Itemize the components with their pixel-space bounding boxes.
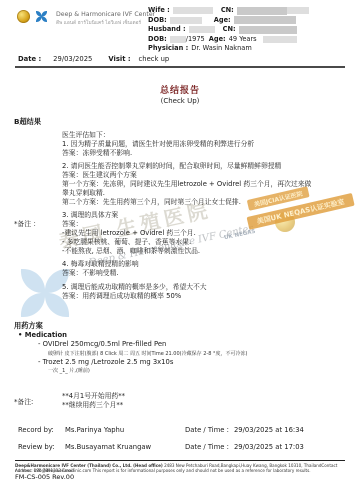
visit-value: check up (139, 55, 170, 63)
clinic-logo-coin-icon (17, 10, 30, 23)
answer-3-line-1: 答案： (62, 220, 314, 229)
redacted-wife-cn-2 (287, 7, 309, 14)
physician-row: Physician : Dr. Wasin Naknam (148, 44, 309, 54)
husband-age-value: 49 Years (229, 35, 257, 45)
header-divider (15, 66, 345, 68)
redacted-wife-cn (237, 7, 287, 15)
record-date-value: 29/03/2025 at 16:34 (234, 426, 304, 434)
remark-label-1: *备注 ： (14, 218, 40, 228)
review-by-label: Review by: (18, 443, 65, 451)
wife-dob-row: DOB: Age: (148, 16, 309, 26)
redacted-husband-name (189, 26, 215, 33)
clinic-name-thai: ดีพ แอนด์ ฮาร์โมนิแคร์ ไอวีเอฟ เซ็นเตอร์ (56, 19, 141, 27)
question-4: 4. 梅毒对取精授精的影响 (62, 260, 314, 269)
husband-cn-label: CN: (223, 25, 236, 35)
report-page: 泰国 生殖医院 Deep & Harmonicare IVF Center UK… (0, 0, 360, 494)
question-2: 2. 请问医生能否控制睾丸穿刺的时间，配合取卵时间，尽量鲜精鲜卵授精 (62, 162, 314, 171)
physician-name: Dr. Wasin Naknam (191, 44, 252, 54)
wife-cn-label: CN: (221, 6, 234, 16)
date-visit-row: Date : 29/03/2025 Visit : check up (18, 55, 169, 63)
medication-section: 用药方案 • Medication - OVIDrel 250mcg/0.5ml… (14, 321, 247, 375)
qa-block-1: 1. 因为精子质量问题，请医生针对使用冻卵受精的利弊进行分析 答案：冻卵受精不影… (62, 140, 314, 158)
redacted-husband-dob (170, 36, 186, 43)
husband-age-label: Age: (209, 35, 226, 45)
clinic-name: Deep & Harmonicare IVF Center (56, 11, 155, 18)
medication-remark-line-1: **4月1号开始用药** (62, 392, 125, 401)
signoff-block: Record by: Ms.Parinya Yaphu Date / Time … (18, 426, 348, 460)
clinic-logo-clover-icon (33, 8, 50, 25)
answer-2-line-2: 第一个方案：先冻卵，同时建议先生用letrozole + Ovidrel 药三个… (62, 180, 314, 198)
physician-label: Physician : (148, 44, 188, 54)
wife-row: Wife : CN: (148, 6, 309, 16)
medication-heading: • Medication (18, 331, 247, 341)
medication-remarks: **4月1号开始用药** **继续用药三个月** (62, 392, 125, 410)
answer-4: 答案：不影响受精. (62, 269, 314, 278)
qa-block-4: 4. 梅毒对取精授精的影响 答案：不影响受精. (62, 260, 314, 278)
redacted-wife-age (234, 16, 296, 24)
review-date-value: 29/03/2025 at 17:03 (234, 443, 304, 451)
answer-5: 答案：用药调理后成功取精的概率 50% (62, 292, 314, 301)
medication-section-title: 用药方案 (14, 321, 247, 331)
visit-label: Visit : (108, 55, 130, 63)
medication-item-2-detail: 一次 _1_ 片,(睡前) (48, 367, 247, 375)
wife-age-label: Age: (214, 16, 231, 26)
redacted-wife-name (173, 7, 213, 14)
medication-item-1-name: - OVIDrel 250mcg/0.5ml Pre-filled Pen (38, 340, 247, 350)
footer-divider (15, 460, 345, 461)
medication-remark-line-2: **继续用药三个月** (62, 401, 125, 410)
qa-block-5: 5. 调理后能成功取精的概率是多少，希望大不大 答案：用药调理后成功取精的概率 … (62, 283, 314, 301)
record-date-label: Date / Time : (185, 426, 229, 434)
question-5: 5. 调理后能成功取精的概率是多少，希望大不大 (62, 283, 314, 292)
question-1: 1. 因为精子质量问题，请医生针对使用冻卵受精的利弊进行分析 (62, 140, 314, 149)
qa-block-2: 2. 请问医生能否控制睾丸穿刺的时间，配合取卵时间，尽量鲜精鲜卵授精 答案：医生… (62, 162, 314, 206)
wife-label: Wife : (148, 6, 170, 16)
husband-dob-label: DOB: (148, 35, 167, 45)
record-by-label: Record by: (18, 426, 65, 434)
redacted-husband-extra (263, 36, 297, 43)
medication-item-1-detail: 破卵针 皮下注射(腹部) 8 Click 周二 周五 时间Time 21.00(… (48, 350, 247, 358)
answer-3-line-4: -不能熬夜, 忌烟、酒、咖啡和茶等刺激性饮品. (62, 247, 314, 256)
review-by-name: Ms.Busayamat Kruangaw (65, 443, 185, 451)
remark-label-2: *备注: (14, 396, 33, 406)
qa-column: 医生评估如下： 1. 因为精子质量问题，请医生针对使用冻卵受精的利弊进行分析 答… (62, 131, 314, 301)
date-label: Date : (18, 55, 41, 63)
husband-label: Husband : (148, 25, 186, 35)
husband-dob-year: /1975 (186, 35, 205, 45)
question-3: 3. 调理的具体方案 (62, 211, 314, 220)
answer-3-line-2: -建议先生用 letrozole + Ovidrel 药三个月. (62, 229, 314, 238)
review-date-label: Date / Time : (185, 443, 229, 451)
report-title: 总结报告 (0, 83, 360, 96)
answer-2-line-1: 答案：医生建议两个方案 (62, 171, 314, 180)
redacted-husband-cn (239, 26, 297, 34)
date-value: 29/03/2025 (53, 55, 92, 63)
patient-info-block: Wife : CN: DOB: Age: Husband : CN: DOB: (148, 6, 309, 54)
husband-row: Husband : CN: (148, 25, 309, 35)
answer-3-line-3: - 多吃腰果核桃、葡萄、提子、香蕉等水果. (62, 238, 314, 247)
husband-dob-row: DOB: /1975 Age: 49 Years (148, 35, 309, 45)
record-by-row: Record by: Ms.Parinya Yaphu Date / Time … (18, 426, 348, 443)
qa-block-3: 3. 调理的具体方案 答案： -建议先生用 letrozole + Ovidre… (62, 211, 314, 255)
doctor-eval-intro: 医生评估如下： (62, 131, 314, 140)
answer-1: 答案：冻卵受精不影响. (62, 149, 314, 158)
section-b-ultrasound: B超结果 (14, 117, 41, 127)
review-by-row: Review by: Ms.Busayamat Kruangaw Date / … (18, 443, 348, 460)
redacted-wife-dob (170, 17, 202, 24)
form-code: FM-CS-005 Rev.00 (15, 473, 74, 481)
wife-dob-label: DOB: (148, 16, 167, 26)
answer-2-line-3: 第二个方案：先生用药第三个月，同时第三个月让女士促排. (62, 198, 314, 207)
report-subtitle: (Check Up) (0, 97, 360, 105)
record-by-name: Ms.Parinya Yaphu (65, 426, 185, 434)
medication-item-2-name: - Trozet 2.5 mg /Letrozole 2.5 mg 3x10s (38, 358, 247, 368)
